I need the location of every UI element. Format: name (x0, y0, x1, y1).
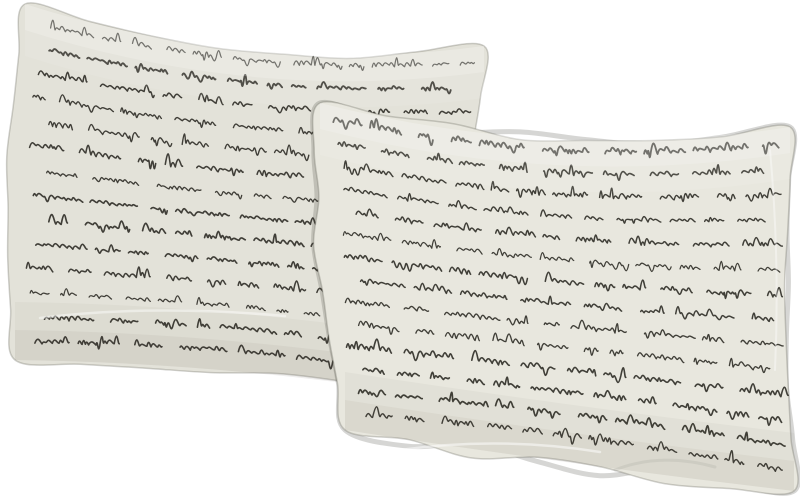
product-photo-stage (0, 0, 800, 496)
pillows-illustration (0, 0, 800, 496)
front-pillow (313, 102, 798, 495)
page: { "scene": { "type": "product-photo", "d… (0, 0, 800, 496)
